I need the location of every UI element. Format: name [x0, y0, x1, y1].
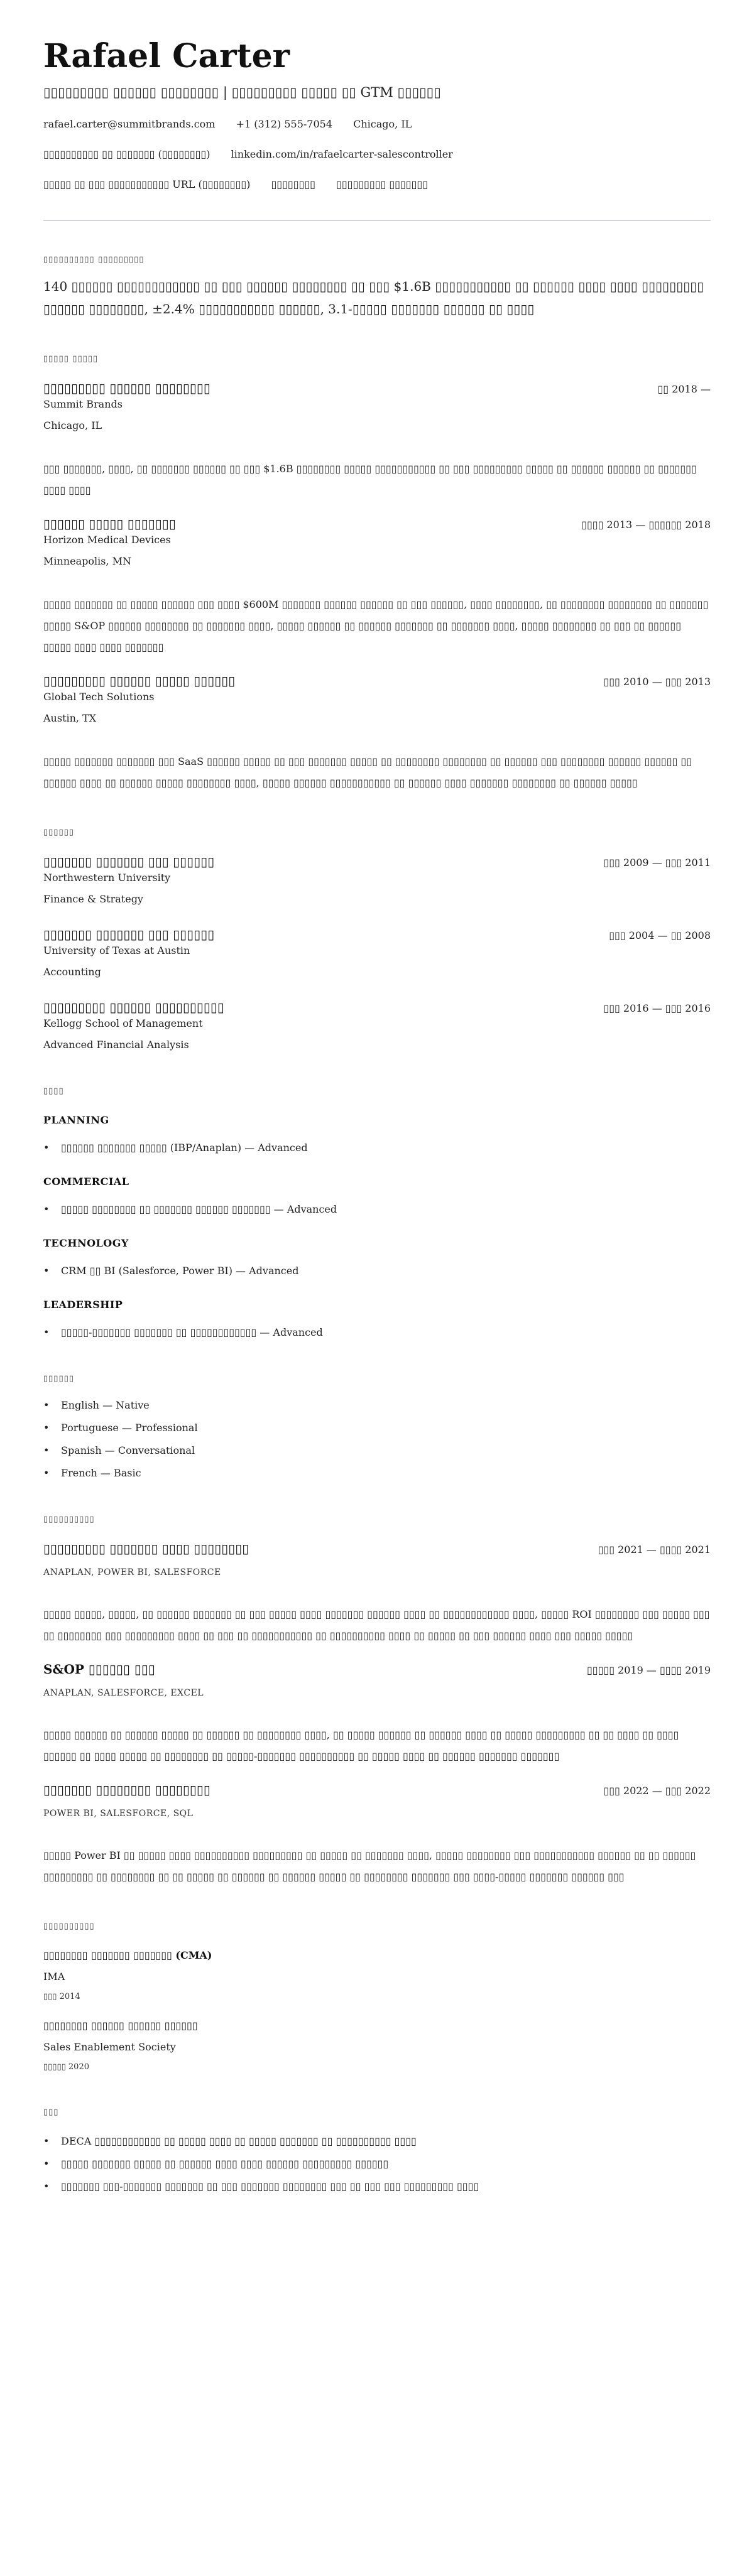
company-name: Global Tech Solutions: [43, 690, 711, 705]
languages-title: ▯▯▯▯▯▯: [43, 1373, 711, 1385]
experience-entry: ▯▯▯▯▯▯▯▯▯ ▯▯▯▯▯▯ ▯▯▯▯▯ ▯▯▯▯▯▯▯▯▯ 2010 — …: [43, 672, 711, 794]
project-tech-stack: ANAPLAN, POWER BI, SALESFORCE: [43, 1566, 711, 1579]
certification-entry: ▯▯▯▯▯▯▯▯ ▯▯▯▯▯▯▯ ▯▯▯▯▯▯▯ (CMA)IMA▯▯▯ 201…: [43, 1948, 711, 2003]
certification-date: ▯▯▯ 2014: [43, 1991, 711, 2003]
education-entry: ▯▯▯▯▯▯▯ ▯▯▯▯▯▯▯ ▯▯▯ ▯▯▯▯▯▯▯▯▯ 2009 — ▯▯▯…: [43, 853, 711, 907]
job-dates: ▯▯▯▯ 2013 — ▯▯▯▯▯▯ 2018: [581, 519, 711, 531]
job-description: ▯▯▯▯▯ ▯▯▯▯▯▯▯ ▯▯▯▯▯▯▯ ▯▯▯ SaaS ▯▯▯▯▯▯ ▯▯…: [43, 751, 711, 794]
job-location: Minneapolis, MN: [43, 554, 711, 569]
project-entry: ▯▯▯▯▯▯▯ ▯▯▯▯▯▯▯▯ ▯▯▯▯▯▯▯▯▯▯▯ 2022 — ▯▯▯ …: [43, 1781, 711, 1888]
job-dates: ▯▯▯ 2010 — ▯▯▯ 2013: [603, 676, 711, 688]
experience-section: ▯▯▯▯▯ ▯▯▯▯▯ ▯▯▯▯▯▯▯▯▯ ▯▯▯▯▯▯ ▯▯▯▯▯▯▯▯▯▯ …: [43, 353, 711, 794]
project-description: ▯▯▯▯▯ ▯▯▯▯▯, ▯▯▯▯▯, ▯▯ ▯▯▯▯▯▯ ▯▯▯▯▯▯▯ ▯▯…: [43, 1604, 711, 1647]
field-of-study: Advanced Financial Analysis: [43, 1037, 711, 1053]
skill-group-title: PLANNING: [43, 1113, 711, 1128]
language-item: French — Basic: [43, 1466, 711, 1481]
education-entry: ▯▯▯▯▯▯▯ ▯▯▯▯▯▯▯ ▯▯▯ ▯▯▯▯▯▯▯▯▯ 2004 — ▯▯ …: [43, 926, 711, 980]
job-title: ▯▯▯▯▯▯ ▯▯▯▯▯ ▯▯▯▯▯▯▯: [43, 515, 176, 533]
entry-header: ▯▯▯▯▯▯ ▯▯▯▯▯ ▯▯▯▯▯▯▯▯▯▯▯ 2013 — ▯▯▯▯▯▯ 2…: [43, 515, 711, 533]
experience-entry: ▯▯▯▯▯▯▯▯▯ ▯▯▯▯▯▯ ▯▯▯▯▯▯▯▯▯▯ 2018 —Summit…: [43, 379, 711, 501]
education-dates: ▯▯▯ 2016 — ▯▯▯ 2016: [603, 1002, 711, 1014]
experience-title: ▯▯▯▯▯ ▯▯▯▯▯: [43, 353, 711, 365]
project-name: ▯▯▯▯▯▯▯ ▯▯▯▯▯▯▯▯ ▯▯▯▯▯▯▯▯: [43, 1781, 210, 1799]
project-dates: ▯▯▯ 2021 — ▯▯▯▯ 2021: [598, 1544, 711, 1556]
language-item: English — Native: [43, 1398, 711, 1413]
linkedin-link[interactable]: linkedin.com/in/rafaelcarter-salescontro…: [231, 148, 453, 160]
summary-section: ▯▯▯▯▯▯▯▯▯▯ ▯▯▯▯▯▯▯▯▯ 140 ▯▯▯▯▯▯ ▯▯▯▯▯▯▯▯…: [43, 254, 711, 320]
skill-list: ▯▯▯▯▯ ▯▯▯▯▯▯▯▯ ▯▯ ▯▯▯▯▯▯▯ ▯▯▯▯▯▯ ▯▯▯▯▯▯▯…: [43, 1202, 711, 1217]
school-name: Kellogg School of Management: [43, 1016, 711, 1031]
availability: ▯▯▯▯▯▯▯▯: [271, 178, 315, 190]
degree-name: ▯▯▯▯▯▯▯ ▯▯▯▯▯▯▯ ▯▯▯ ▯▯▯▯▯▯: [43, 853, 214, 870]
job-location: Austin, TX: [43, 711, 711, 726]
resume-header: Rafael Carter ▯▯▯▯▯▯▯▯▯ ▯▯▯▯▯▯ ▯▯▯▯▯▯▯▯ …: [43, 36, 711, 192]
awards-section: ▯▯▯ DECA ▯▯▯▯▯▯▯▯▯▯▯▯ ▯▯ ▯▯▯▯▯ ▯▯▯▯ ▯▯ ▯…: [43, 2106, 711, 2194]
skill-list: ▯▯▯▯▯▯ ▯▯▯▯▯▯▯ ▯▯▯▯▯ (IBP/Anaplan) — Adv…: [43, 1140, 711, 1155]
project-dates: ▯▯▯ 2022 — ▯▯▯ 2022: [603, 1785, 711, 1797]
education-entry: ▯▯▯▯▯▯▯▯▯ ▯▯▯▯▯▯ ▯▯▯▯▯▯▯▯▯▯▯▯▯ 2016 — ▯▯…: [43, 998, 711, 1053]
experience-entry: ▯▯▯▯▯▯ ▯▯▯▯▯ ▯▯▯▯▯▯▯▯▯▯▯ 2013 — ▯▯▯▯▯▯ 2…: [43, 515, 711, 658]
entry-header: ▯▯▯▯▯▯▯▯▯ ▯▯▯▯▯▯ ▯▯▯▯▯▯▯▯▯▯ 2018 —: [43, 379, 711, 397]
project-dates: ▯▯▯▯▯ 2019 — ▯▯▯▯ 2019: [587, 1664, 711, 1676]
field-of-study: Accounting: [43, 965, 711, 980]
project-tech-stack: POWER BI, SALESFORCE, SQL: [43, 1807, 711, 1820]
skill-list: CRM ▯▯ BI (Salesforce, Power BI) — Advan…: [43, 1264, 711, 1279]
entry-header: ▯▯▯▯▯▯▯▯▯ ▯▯▯▯▯▯ ▯▯▯▯▯▯▯▯▯▯▯▯▯ 2016 — ▯▯…: [43, 998, 711, 1016]
relocation: ▯▯▯▯▯▯▯▯▯ ▯▯▯▯▯▯▯: [336, 178, 428, 190]
certifications-section: ▯▯▯▯▯▯▯▯▯▯ ▯▯▯▯▯▯▯▯ ▯▯▯▯▯▯▯ ▯▯▯▯▯▯▯ (CMA…: [43, 1920, 711, 2074]
job-description: ▯▯▯ ▯▯▯▯▯▯▯, ▯▯▯▯, ▯▯ ▯▯▯▯▯▯▯ ▯▯▯▯▯▯ ▯▯ …: [43, 458, 711, 501]
summary-title: ▯▯▯▯▯▯▯▯▯▯ ▯▯▯▯▯▯▯▯▯: [43, 254, 711, 266]
email-link[interactable]: rafael.carter@summitbrands.com: [43, 118, 215, 130]
portfolio-url-placeholder: ▯▯▯▯▯ ▯▯ ▯▯▯ ▯▯▯▯▯▯▯▯▯▯▯ URL (▯▯▯▯▯▯▯▯): [43, 178, 250, 190]
education-dates: ▯▯▯ 2009 — ▯▯▯ 2011: [603, 857, 711, 869]
education-dates: ▯▯▯ 2004 — ▯▯ 2008: [609, 929, 711, 941]
headline: ▯▯▯▯▯▯▯▯▯ ▯▯▯▯▯▯ ▯▯▯▯▯▯▯▯ | ▯▯▯▯▯▯▯▯▯ ▯▯…: [43, 83, 711, 102]
school-name: Northwestern University: [43, 870, 711, 885]
school-name: University of Texas at Austin: [43, 943, 711, 958]
project-name: S&OP ▯▯▯▯▯▯ ▯▯▯: [43, 1660, 155, 1678]
certification-entry: ▯▯▯▯▯▯▯▯ ▯▯▯▯▯▯ ▯▯▯▯▯▯ ▯▯▯▯▯▯Sales Enabl…: [43, 2018, 711, 2074]
phone[interactable]: +1 (312) 555-7054: [236, 118, 332, 130]
skills-title: ▯▯▯▯: [43, 1085, 711, 1098]
certification-name: ▯▯▯▯▯▯▯▯ ▯▯▯▯▯▯ ▯▯▯▯▯▯ ▯▯▯▯▯▯: [43, 2018, 711, 2033]
field-of-study: Finance & Strategy: [43, 892, 711, 907]
certification-date: ▯▯▯▯▯ 2020: [43, 2061, 711, 2074]
language-item: Portuguese — Professional: [43, 1421, 711, 1436]
job-title: ▯▯▯▯▯▯▯▯▯ ▯▯▯▯▯▯ ▯▯▯▯▯▯▯▯: [43, 379, 210, 397]
certifications-title: ▯▯▯▯▯▯▯▯▯▯: [43, 1920, 711, 1933]
skill-item: ▯▯▯▯▯-▯▯▯▯▯▯▯ ▯▯▯▯▯▯▯ ▯▯ ▯▯▯▯▯▯▯▯▯▯▯▯ — …: [43, 1325, 711, 1340]
skill-group-title: LEADERSHIP: [43, 1297, 711, 1312]
header-divider: [43, 220, 711, 221]
project-description: ▯▯▯▯▯ ▯▯▯▯▯▯ ▯▯ ▯▯▯▯▯▯ ▯▯▯▯▯ ▯▯ ▯▯▯▯▯▯ ▯…: [43, 1724, 711, 1767]
education-title: ▯▯▯▯▯▯: [43, 826, 711, 839]
project-entry: ▯▯▯▯▯▯▯▯▯ ▯▯▯▯▯▯▯ ▯▯▯▯ ▯▯▯▯▯▯▯▯▯▯▯ 2021 …: [43, 1540, 711, 1647]
skill-list: ▯▯▯▯▯-▯▯▯▯▯▯▯ ▯▯▯▯▯▯▯ ▯▯ ▯▯▯▯▯▯▯▯▯▯▯▯ — …: [43, 1325, 711, 1340]
projects-section: ▯▯▯▯▯▯▯▯▯▯ ▯▯▯▯▯▯▯▯▯ ▯▯▯▯▯▯▯ ▯▯▯▯ ▯▯▯▯▯▯…: [43, 1513, 711, 1888]
entry-header: ▯▯▯▯▯▯▯ ▯▯▯▯▯▯▯ ▯▯▯ ▯▯▯▯▯▯▯▯▯ 2009 — ▯▯▯…: [43, 853, 711, 870]
project-tech-stack: ANAPLAN, SALESFORCE, EXCEL: [43, 1687, 711, 1699]
projects-title: ▯▯▯▯▯▯▯▯▯▯: [43, 1513, 711, 1526]
contact-line-3: ▯▯▯▯▯ ▯▯ ▯▯▯ ▯▯▯▯▯▯▯▯▯▯▯ URL (▯▯▯▯▯▯▯▯) …: [43, 177, 711, 192]
degree-name: ▯▯▯▯▯▯▯▯▯ ▯▯▯▯▯▯ ▯▯▯▯▯▯▯▯▯▯: [43, 998, 224, 1016]
project-description: ▯▯▯▯▯ Power BI ▯▯ ▯▯▯▯▯ ▯▯▯▯ ▯▯▯▯▯▯▯▯▯▯ …: [43, 1845, 711, 1888]
award-item: ▯▯▯▯▯▯▯ ▯▯▯-▯▯▯▯▯▯▯ ▯▯▯▯▯▯▯ ▯▯ ▯▯▯ ▯▯▯▯▯…: [43, 2179, 711, 2194]
awards-title: ▯▯▯: [43, 2106, 711, 2119]
job-title: ▯▯▯▯▯▯▯▯▯ ▯▯▯▯▯▯ ▯▯▯▯▯ ▯▯▯▯▯▯: [43, 672, 235, 690]
candidate-name: Rafael Carter: [43, 36, 711, 77]
summary-text: 140 ▯▯▯▯▯▯ ▯▯▯▯▯▯▯▯▯▯▯▯ ▯▯ ▯▯▯ ▯▯▯▯▯▯ ▯▯…: [43, 275, 711, 320]
contact-line-2: ▯▯▯▯▯▯▯▯▯▯ ▯▯ ▯▯▯▯▯▯▯ (▯▯▯▯▯▯▯▯) linkedi…: [43, 147, 711, 162]
skills-section: ▯▯▯▯ PLANNING▯▯▯▯▯▯ ▯▯▯▯▯▯▯ ▯▯▯▯▯ (IBP/A…: [43, 1085, 711, 1340]
resume-page: Rafael Carter ▯▯▯▯▯▯▯▯▯ ▯▯▯▯▯▯ ▯▯▯▯▯▯▯▯ …: [0, 0, 754, 2219]
project-name: ▯▯▯▯▯▯▯▯▯ ▯▯▯▯▯▯▯ ▯▯▯▯ ▯▯▯▯▯▯▯▯: [43, 1540, 249, 1557]
contact-line-1: rafael.carter@summitbrands.com +1 (312) …: [43, 117, 711, 132]
entry-header: ▯▯▯▯▯▯▯ ▯▯▯▯▯▯▯▯ ▯▯▯▯▯▯▯▯▯▯▯ 2022 — ▯▯▯ …: [43, 1781, 711, 1799]
work-authorization: ▯▯▯▯▯▯▯▯▯▯ ▯▯ ▯▯▯▯▯▯▯ (▯▯▯▯▯▯▯▯): [43, 148, 210, 160]
skill-item: ▯▯▯▯▯ ▯▯▯▯▯▯▯▯ ▯▯ ▯▯▯▯▯▯▯ ▯▯▯▯▯▯ ▯▯▯▯▯▯▯…: [43, 1202, 711, 1217]
job-location: Chicago, IL: [43, 418, 711, 433]
languages-section: ▯▯▯▯▯▯ English — NativePortuguese — Prof…: [43, 1373, 711, 1481]
certification-issuer: Sales Enablement Society: [43, 2040, 711, 2055]
company-name: Summit Brands: [43, 397, 711, 412]
award-item: ▯▯▯▯▯ ▯▯▯▯▯▯▯ ▯▯▯▯▯ ▯▯ ▯▯▯▯▯▯ ▯▯▯▯ ▯▯▯▯ …: [43, 2157, 711, 2172]
entry-header: ▯▯▯▯▯▯▯▯▯ ▯▯▯▯▯▯ ▯▯▯▯▯ ▯▯▯▯▯▯▯▯▯ 2010 — …: [43, 672, 711, 690]
degree-name: ▯▯▯▯▯▯▯ ▯▯▯▯▯▯▯ ▯▯▯ ▯▯▯▯▯▯: [43, 926, 214, 943]
education-section: ▯▯▯▯▯▯ ▯▯▯▯▯▯▯ ▯▯▯▯▯▯▯ ▯▯▯ ▯▯▯▯▯▯▯▯▯ 200…: [43, 826, 711, 1053]
project-entry: S&OP ▯▯▯▯▯▯ ▯▯▯▯▯▯▯▯ 2019 — ▯▯▯▯ 2019ANA…: [43, 1660, 711, 1767]
skill-group-title: TECHNOLOGY: [43, 1236, 711, 1251]
entry-header: S&OP ▯▯▯▯▯▯ ▯▯▯▯▯▯▯▯ 2019 — ▯▯▯▯ 2019: [43, 1660, 711, 1678]
skill-item: CRM ▯▯ BI (Salesforce, Power BI) — Advan…: [43, 1264, 711, 1279]
skill-group-title: COMMERCIAL: [43, 1174, 711, 1189]
entry-header: ▯▯▯▯▯▯▯▯▯ ▯▯▯▯▯▯▯ ▯▯▯▯ ▯▯▯▯▯▯▯▯▯▯▯ 2021 …: [43, 1540, 711, 1557]
certification-name: ▯▯▯▯▯▯▯▯ ▯▯▯▯▯▯▯ ▯▯▯▯▯▯▯ (CMA): [43, 1948, 711, 1963]
skill-item: ▯▯▯▯▯▯ ▯▯▯▯▯▯▯ ▯▯▯▯▯ (IBP/Anaplan) — Adv…: [43, 1140, 711, 1155]
job-dates: ▯▯ 2018 —: [658, 383, 711, 395]
entry-header: ▯▯▯▯▯▯▯ ▯▯▯▯▯▯▯ ▯▯▯ ▯▯▯▯▯▯▯▯▯ 2004 — ▯▯ …: [43, 926, 711, 943]
certification-issuer: IMA: [43, 1969, 711, 1984]
company-name: Horizon Medical Devices: [43, 533, 711, 548]
job-description: ▯▯▯▯▯ ▯▯▯▯▯▯▯ ▯▯ ▯▯▯▯▯ ▯▯▯▯▯▯ ▯▯▯ ▯▯▯▯ $…: [43, 594, 711, 658]
location: Chicago, IL: [353, 118, 412, 130]
award-item: DECA ▯▯▯▯▯▯▯▯▯▯▯▯ ▯▯ ▯▯▯▯▯ ▯▯▯▯ ▯▯ ▯▯▯▯▯…: [43, 2134, 711, 2149]
language-item: Spanish — Conversational: [43, 1443, 711, 1458]
